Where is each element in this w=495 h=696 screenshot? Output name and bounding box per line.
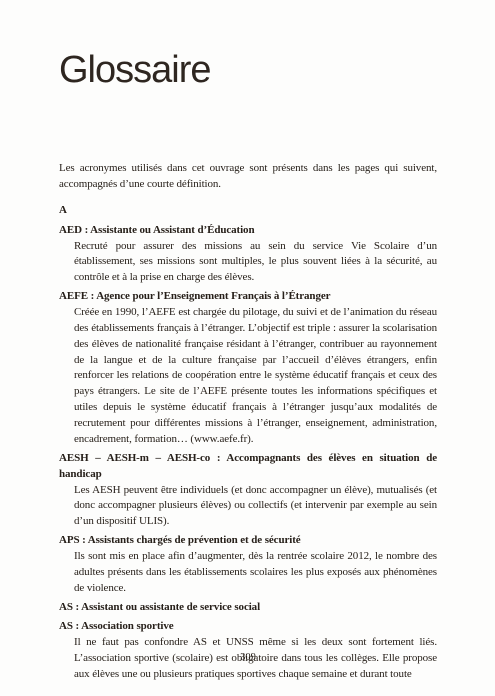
entry-term: AS : Association sportive [59, 619, 437, 635]
entry-definition: Recruté pour assurer des missions au sei… [74, 239, 437, 286]
entry-term: AEFE : Agence pour l’Enseignement França… [59, 289, 437, 305]
entry-term: AED : Assistante ou Assistant d’Éducatio… [59, 223, 437, 239]
glossary-entry: APS : Assistants chargés de prévention e… [59, 533, 437, 596]
glossary-entry: AESH – AESH-m – AESH-co : Accompagnants … [59, 451, 437, 530]
entry-term: AESH – AESH-m – AESH-co : Accompagnants … [59, 451, 437, 483]
entry-definition: Ils sont mis en place afin d’augmenter, … [74, 549, 437, 596]
page-number: 309 [59, 652, 437, 663]
glossary-entry: AS : Assistant ou assistante de service … [59, 600, 437, 616]
intro-paragraph: Les acronymes utilisés dans cet ouvrage … [59, 161, 437, 193]
entry-term: APS : Assistants chargés de prévention e… [59, 533, 437, 549]
glossary-entries: AED : Assistante ou Assistant d’Éducatio… [59, 223, 437, 683]
entry-term: AS : Assistant ou assistante de service … [59, 600, 437, 616]
book-page: Glossaire Les acronymes utilisés dans ce… [0, 0, 495, 696]
entry-definition: Les AESH peuvent être individuels (et do… [74, 483, 437, 530]
glossary-entry: AED : Assistante ou Assistant d’Éducatio… [59, 223, 437, 286]
entry-definition: Créée en 1990, l’AEFE est chargée du pil… [74, 305, 437, 447]
page-title: Glossaire [59, 51, 437, 91]
text-column: Glossaire Les acronymes utilisés dans ce… [59, 0, 437, 683]
glossary-entry: AEFE : Agence pour l’Enseignement França… [59, 289, 437, 447]
section-letter: A [59, 203, 437, 219]
glossary-entry: AS : Association sportiveIl ne faut pas … [59, 619, 437, 682]
